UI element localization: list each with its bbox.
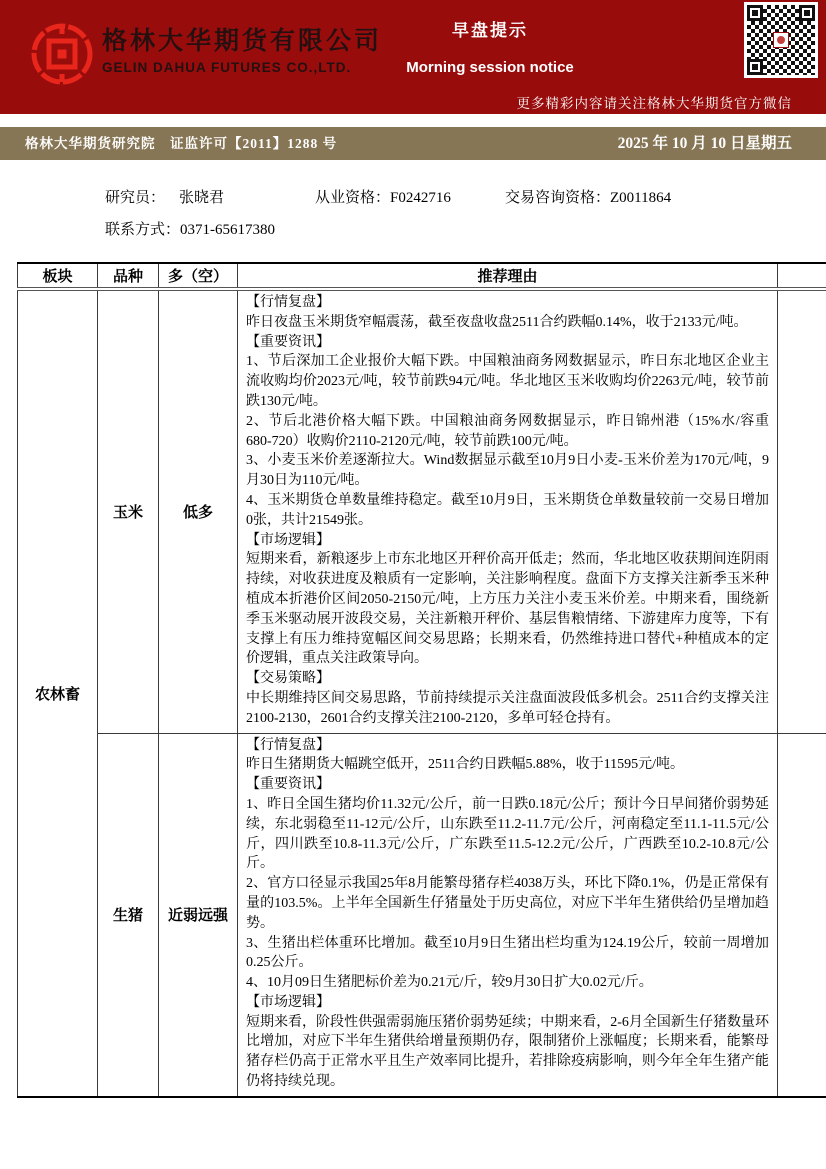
qr-finder-icon	[747, 59, 763, 75]
section-header: 【市场逻辑】	[246, 993, 769, 1013]
table-row: 生猪 近弱远强 【行情复盘】 昨日生猪期货大幅跳空低开，2511合约日跌幅5.8…	[18, 733, 826, 1097]
reason-line: 4、10月09日生猪肥标价差为0.21元/斤，较9月30日扩大0.02元/斤。	[246, 973, 769, 993]
empty-cell	[778, 733, 826, 1097]
section-header: 【行情复盘】	[246, 736, 769, 756]
advisory-qualification: 交易咨询资格：Z0011864	[505, 186, 671, 207]
section-header: 【交易策略】	[246, 669, 769, 689]
header-variety: 品种	[98, 263, 159, 289]
reason-line: 1、节后深加工企业报价大幅下跌。中国粮油商务网数据显示，昨日东北地区企业主流收购…	[246, 352, 769, 411]
reason-line: 中长期维持区间交易思路，节前持续提示关注盘面波段低多机会。2511合约支撑关注2…	[246, 689, 769, 729]
notice-title-block: 早盘提示 Morning session notice	[310, 16, 670, 76]
reason-line: 3、小麦玉米价差逐渐拉大。Wind数据显示截至10月9日小麦-玉米价差为170元…	[246, 451, 769, 491]
header-reason: 推荐理由	[238, 263, 778, 289]
qr-center-logo-icon	[773, 32, 789, 48]
report-date: 2025 年 10 月 10 日星期五	[618, 127, 792, 160]
position-cell: 近弱远强	[159, 733, 238, 1097]
notice-title-en: Morning session notice	[310, 59, 670, 76]
section-header: 【重要资讯】	[246, 775, 769, 795]
section-header: 【市场逻辑】	[246, 531, 769, 551]
reason-cell: 【行情复盘】 昨日生猪期货大幅跳空低开，2511合约日跌幅5.88%，收于115…	[238, 733, 778, 1097]
section-header: 【行情复盘】	[246, 293, 769, 313]
reason-line: 3、生猪出栏体重环比增加。截至10月9日生猪出栏均重为124.19公斤，较前一周…	[246, 934, 769, 974]
reason-line: 短期来看，阶段性供强需弱施压猪价弱势延续；中期来看，2-6月全国新生仔猪数量环比…	[246, 1013, 769, 1092]
reason-line: 2、节后北港价格大幅下跌。中国粮油商务网数据显示，昨日锦州港（15%水/容重68…	[246, 412, 769, 452]
header-position: 多（空）	[159, 263, 238, 289]
header-empty	[778, 263, 826, 289]
section-header: 【重要资讯】	[246, 333, 769, 353]
sector-cell: 农林畜	[18, 289, 98, 1097]
qr-finder-icon	[747, 5, 763, 21]
variety-cell: 生猪	[98, 733, 159, 1097]
table-header-row: 板块 品种 多（空） 推荐理由	[18, 263, 826, 289]
reason-line: 昨日生猪期货大幅跳空低开，2511合约日跌幅5.88%，收于11595元/吨。	[246, 755, 769, 775]
recommendation-table: 板块 品种 多（空） 推荐理由 农林畜 玉米 低多 【行情复盘】 昨日夜盘玉米期…	[17, 262, 826, 1098]
qr-pattern	[747, 5, 815, 75]
variety-cell: 玉米	[98, 289, 159, 733]
wechat-note: 更多精彩内容请关注格林大华期货官方微信	[517, 92, 793, 112]
table-row: 农林畜 玉米 低多 【行情复盘】 昨日夜盘玉米期货窄幅震荡，截至夜盘收盘2511…	[18, 289, 826, 733]
reason-line: 4、玉米期货仓单数量维持稳定。截至10月9日，玉米期货仓单数量较前一交易日增加0…	[246, 491, 769, 531]
company-logo-icon	[30, 22, 94, 86]
header-sector: 板块	[18, 263, 98, 289]
empty-cell	[778, 289, 826, 733]
reason-line: 昨日夜盘玉米期货窄幅震荡，截至夜盘收盘2511合约跌幅0.14%，收于2133元…	[246, 313, 769, 333]
reason-cell: 【行情复盘】 昨日夜盘玉米期货窄幅震荡，截至夜盘收盘2511合约跌幅0.14%，…	[238, 289, 778, 733]
researcher-name: 张晓君	[179, 190, 224, 206]
masthead: 格林大华期货有限公司 GELIN DAHUA FUTURES CO.,LTD. …	[0, 0, 826, 114]
reason-line: 2、官方口径显示我国25年8月能繁母猪存栏4038万头，环比下降0.1%，仍是正…	[246, 874, 769, 933]
contact-phone: 联系方式：0371-65617380	[105, 218, 275, 239]
qr-finder-icon	[799, 5, 815, 21]
reason-line: 短期来看，新粮逐步上市东北地区开秤价高开低走；然而，华北地区收获期间连阴雨持续，…	[246, 550, 769, 669]
position-cell: 低多	[159, 289, 238, 733]
notice-title-cn: 早盘提示	[310, 16, 670, 41]
reason-line: 1、昨日全国生猪均价11.32元/公斤，前一日跌0.18元/公斤；预计今日早间猪…	[246, 795, 769, 874]
wechat-qr-code	[744, 2, 818, 78]
researcher-label: 研究员：	[105, 190, 165, 206]
practice-qualification: 从业资格：F0242716	[315, 186, 451, 207]
research-institute-license: 格林大华期货研究院 证监许可【2011】1288 号	[25, 127, 337, 160]
researcher-info: 研究员：张晓君 从业资格：F0242716 交易咨询资格：Z0011864 联系…	[0, 160, 826, 260]
credential-bar: 格林大华期货研究院 证监许可【2011】1288 号 2025 年 10 月 1…	[0, 127, 826, 160]
researcher-line: 研究员：张晓君	[105, 186, 224, 207]
